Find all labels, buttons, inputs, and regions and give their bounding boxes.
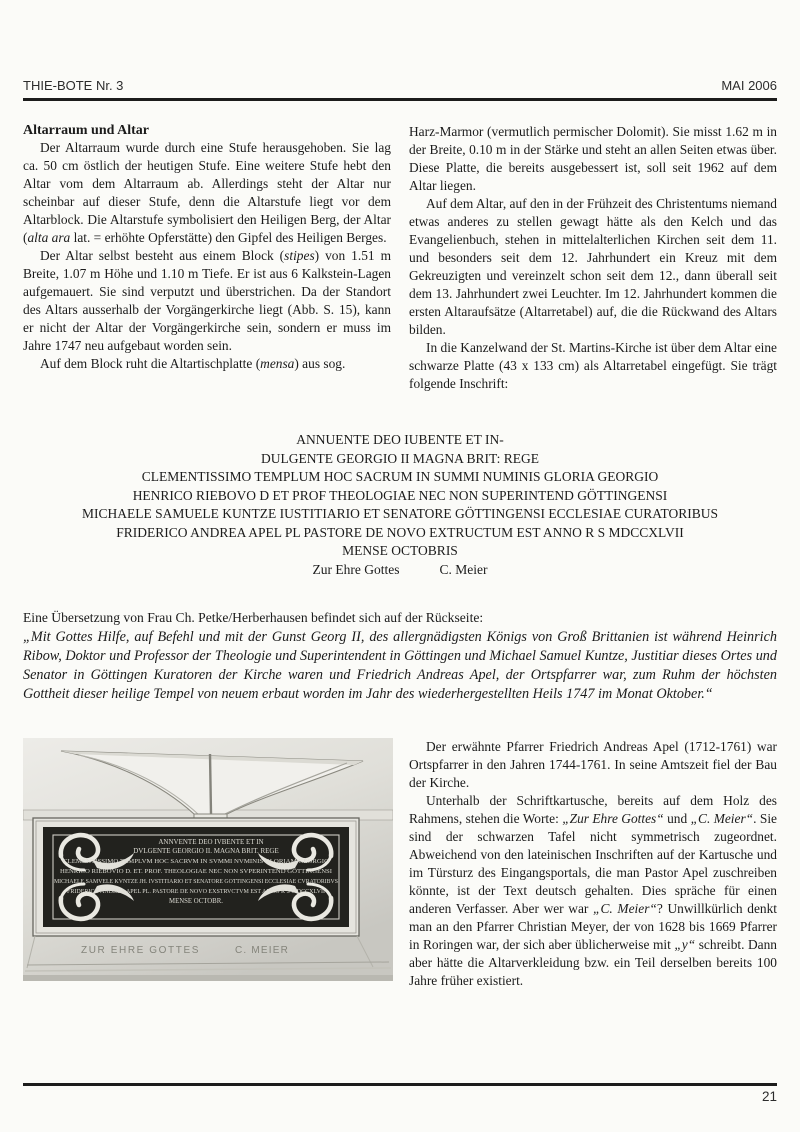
inscription-dedication-line: Zur Ehre GottesC. Meier bbox=[23, 561, 777, 580]
plate-inscription-line: HENRICO RIEBOVIO D. ET. PROF. THEOLOGIAE… bbox=[60, 868, 332, 875]
inscription-plate: ANNVENTE DEO IVBENTE ET IN DVLGENTE GEOR… bbox=[33, 818, 359, 936]
plate-inscription-line: MICHAELE SAMVELE KVNTZE JH. IVSTITIARIO … bbox=[54, 878, 338, 885]
signature-text: C. Meier bbox=[439, 561, 487, 580]
dedication-text: Zur Ehre Gottes bbox=[313, 561, 400, 580]
paragraph: In die Kanzelwand der St. Martins-Kirche… bbox=[409, 339, 777, 393]
inscription-line: MICHAELE SAMUELE KUNTZE IUSTITIARIO ET S… bbox=[23, 505, 777, 524]
paragraph: Harz-Marmor (vermutlich permischer Dolom… bbox=[409, 123, 777, 195]
photo-caption-zur-ehre-gottes: ZUR EHRE GOTTES bbox=[81, 945, 200, 956]
inscription-line: CLEMENTISSIMO TEMPLUM HOC SACRUM IN SUMM… bbox=[23, 468, 777, 487]
lower-right-column: Der erwähnte Pfarrer Friedrich Andreas A… bbox=[409, 738, 777, 990]
paragraph: Der Altarraum wurde durch eine Stufe her… bbox=[23, 139, 391, 247]
two-column-text: Altarraum und Altar Der Altarraum wurde … bbox=[23, 123, 777, 393]
inscription-line: FRIDERICO ANDREA APEL PL PASTORE DE NOVO… bbox=[23, 524, 777, 543]
inscription-line: ANNUENTE DEO IUBENTE ET IN- bbox=[23, 431, 777, 450]
plate-inscription-line: DVLGENTE GEORGIO II. MAGNA BRIT. REGE bbox=[133, 847, 279, 855]
paragraph: Der Altar selbst besteht aus einem Block… bbox=[23, 247, 391, 355]
section-heading: Altarraum und Altar bbox=[23, 123, 391, 139]
altar-retable-photo: ANNVENTE DEO IVBENTE ET IN DVLGENTE GEOR… bbox=[23, 738, 393, 981]
right-column: Harz-Marmor (vermutlich permischer Dolom… bbox=[409, 123, 777, 393]
paragraph: Auf dem Block ruht die Altartischplatte … bbox=[23, 355, 391, 373]
plate-inscription-line: CLEMENTISSIMO TEMPLVM HOC SACRVM IN SVMM… bbox=[63, 858, 329, 865]
inscription-line: MENSE OCTOBRIS bbox=[23, 542, 777, 561]
latin-inscription-block: ANNUENTE DEO IUBENTE ET IN- DULGENTE GEO… bbox=[23, 431, 777, 579]
paragraph: Der erwähnte Pfarrer Friedrich Andreas A… bbox=[409, 738, 777, 792]
document-page: THIE-BOTE Nr. 3 MAI 2006 Altarraum und A… bbox=[0, 0, 800, 1132]
issue-date: MAI 2006 bbox=[721, 78, 777, 93]
translation-text: „Mit Gottes Hilfe, auf Befehl und mit de… bbox=[23, 628, 777, 704]
paragraph: Auf dem Altar, auf den in der Frühzeit d… bbox=[409, 195, 777, 339]
footer-rule bbox=[23, 1083, 777, 1086]
left-column: Altarraum und Altar Der Altarraum wurde … bbox=[23, 123, 391, 393]
inscription-line: DULGENTE GEORGIO II MAGNA BRIT: REGE bbox=[23, 450, 777, 469]
altar-photo-graphic: ANNVENTE DEO IVBENTE ET IN DVLGENTE GEOR… bbox=[23, 738, 393, 981]
translation-intro: Eine Übersetzung von Frau Ch. Petke/Herb… bbox=[23, 609, 777, 627]
plate-inscription-line: ANNVENTE DEO IVBENTE ET IN bbox=[158, 838, 263, 846]
page-header: THIE-BOTE Nr. 3 MAI 2006 bbox=[23, 78, 777, 101]
inscription-line: HENRICO RIEBOVO D ET PROF THEOLOGIAE NEC… bbox=[23, 487, 777, 506]
bottom-row: ANNVENTE DEO IVBENTE ET IN DVLGENTE GEOR… bbox=[23, 738, 777, 990]
page-number: 21 bbox=[23, 1089, 777, 1104]
publication-title: THIE-BOTE Nr. 3 bbox=[23, 78, 123, 93]
photo-caption-c-meier: C. MEIER bbox=[235, 945, 289, 956]
paragraph: Unterhalb der Schriftkartusche, bereits … bbox=[409, 792, 777, 990]
plate-inscription-line: FRIDERICO ANDREA APEL PL. PASTORE DE NOV… bbox=[67, 888, 325, 895]
translation-section: Eine Übersetzung von Frau Ch. Petke/Herb… bbox=[23, 609, 777, 704]
page-footer: 21 bbox=[23, 1083, 777, 1104]
plate-inscription-line: MENSE OCTOBR. bbox=[169, 898, 223, 905]
